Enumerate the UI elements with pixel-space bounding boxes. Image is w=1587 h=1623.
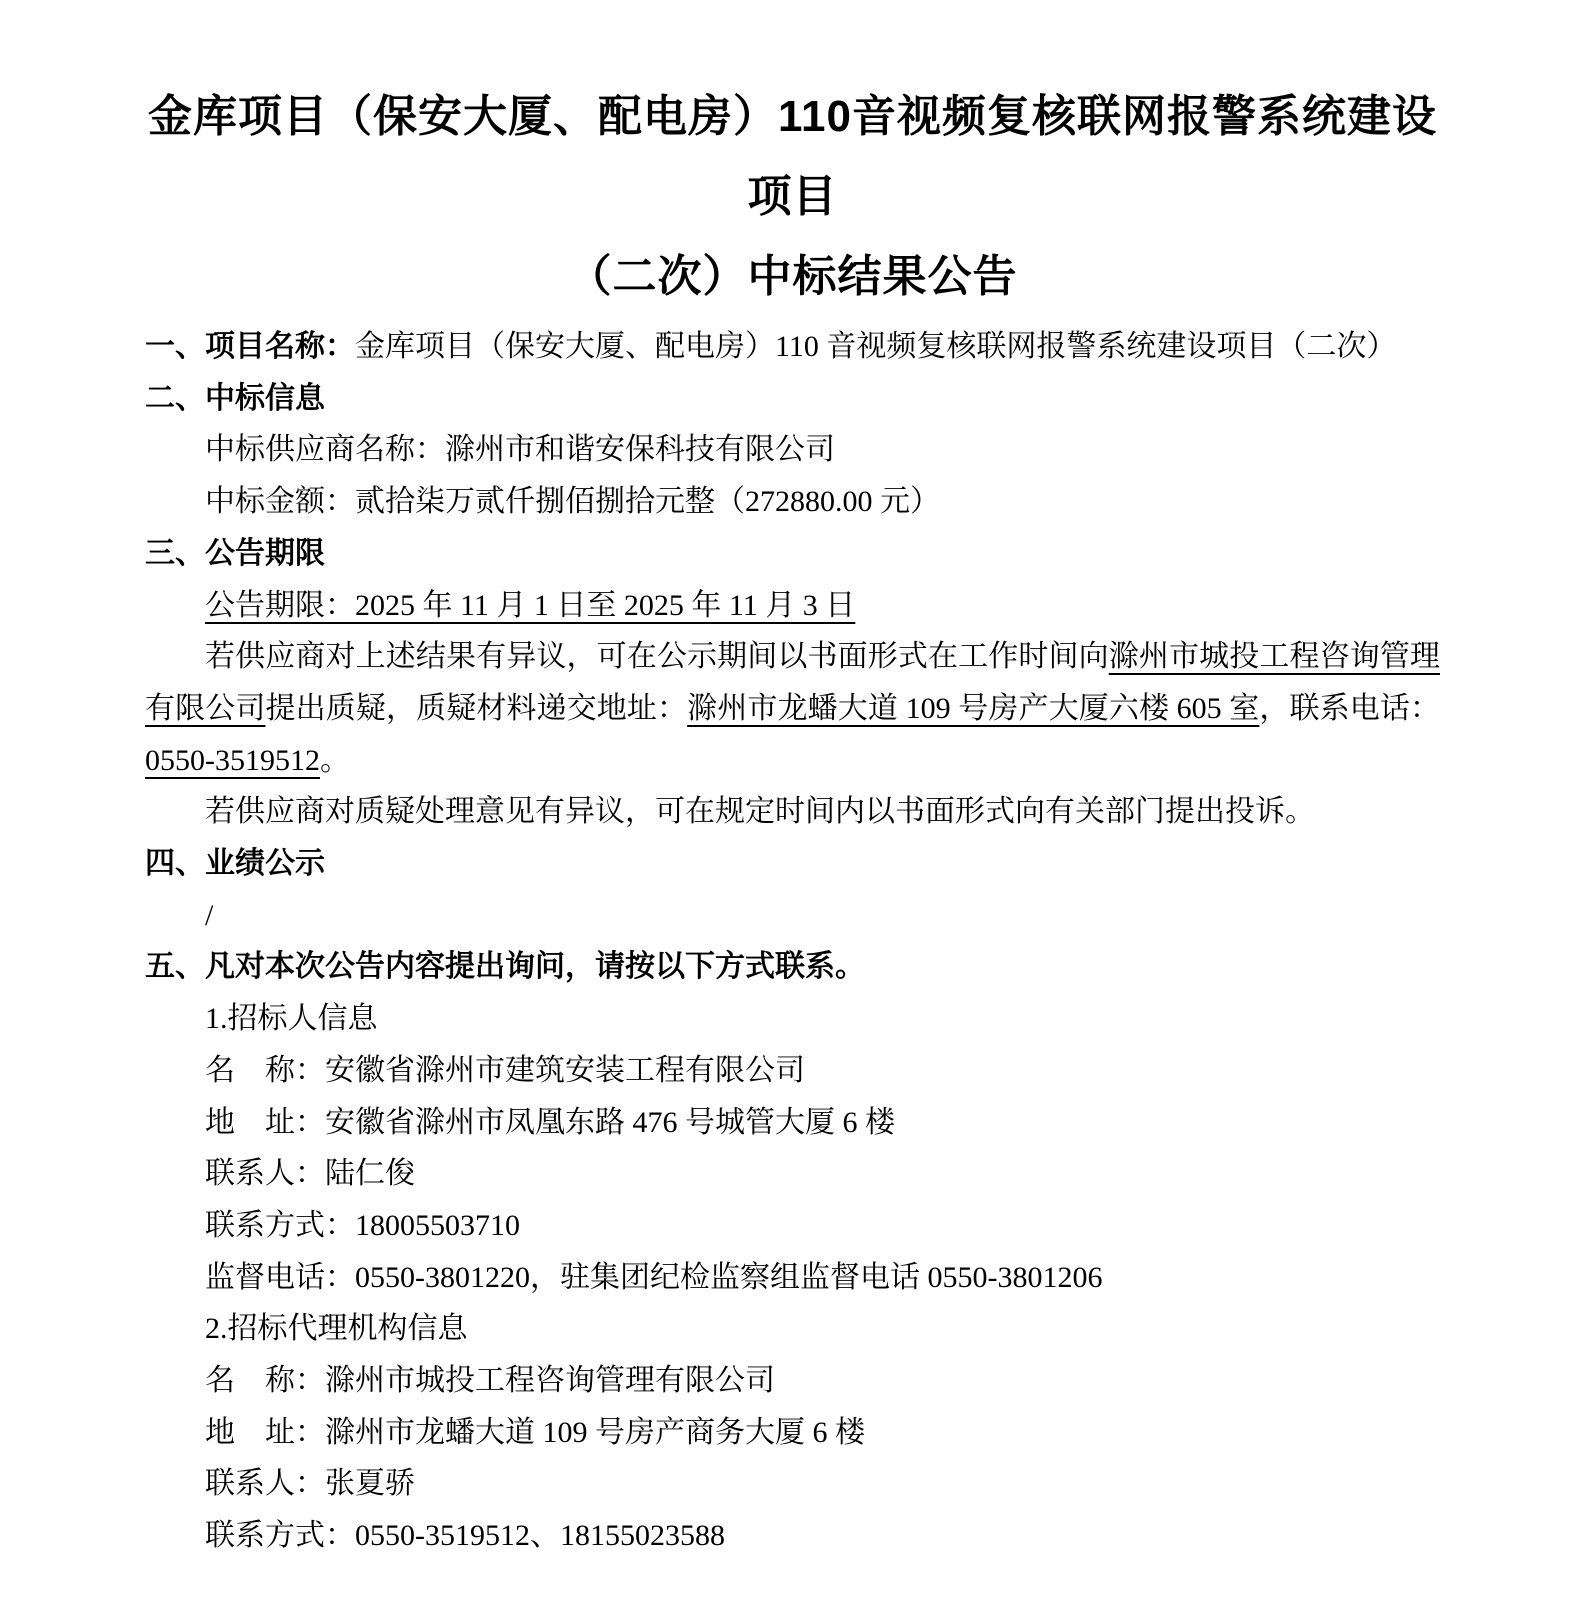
- section-2-heading-line: 二、中标信息: [145, 373, 1440, 425]
- section-4-heading-line: 四、业绩公示: [145, 838, 1440, 890]
- tenderer-address-line: 地 址：安徽省滁州市凤凰东路 476 号城管大厦 6 楼: [145, 1097, 1440, 1149]
- objection-part-1: 若供应商对上述结果有异议，可在公示期间以书面形式在工作时间向: [205, 640, 1109, 673]
- tenderer-contact-line: 联系人：陆仁俊: [145, 1148, 1440, 1200]
- section-1-content: 金库项目（保安大厦、配电房）110 音视频复核联网报警系统建设项目（二次）: [355, 330, 1396, 363]
- objection-address: 滁州市龙蟠大道 109 号房产大厦六楼 605 室: [687, 692, 1259, 725]
- agency-address-line: 地 址：滁州市龙蟠大道 109 号房产商务大厦 6 楼: [145, 1407, 1440, 1459]
- tenderer-phone-line: 联系方式：18005503710: [145, 1200, 1440, 1252]
- objection-paragraph: 若供应商对上述结果有异议，可在公示期间以书面形式在工作时间向滁州市城投工程咨询管…: [145, 631, 1440, 786]
- winning-amount-line: 中标金额：贰拾柒万贰仟捌佰捌拾元整（272880.00 元）: [145, 476, 1440, 528]
- document-body: 一、项目名称：金库项目（保安大厦、配电房）110 音视频复核联网报警系统建设项目…: [145, 321, 1440, 1562]
- section-3-heading-line: 三、公告期限: [145, 528, 1440, 580]
- agency-contact-line: 联系人：张夏骄: [145, 1458, 1440, 1510]
- objection-phone: 0550-3519512: [145, 744, 320, 777]
- objection-part-4: 。: [320, 744, 350, 777]
- complaint-line: 若供应商对质疑处理意见有异议，可在规定时间内以书面形式向有关部门提出投诉。: [145, 786, 1440, 838]
- title-line-2: （二次）中标结果公告: [145, 237, 1440, 317]
- section-5-heading-line: 五、凡对本次公告内容提出询问，请按以下方式联系。: [145, 941, 1440, 993]
- section-1-project-name: 一、项目名称：金库项目（保安大厦、配电房）110 音视频复核联网报警系统建设项目…: [145, 321, 1440, 373]
- announcement-period-line: 公告期限：2025 年 11 月 1 日至 2025 年 11 月 3 日: [145, 580, 1440, 632]
- document-title: 金库项目（保安大厦、配电房）110音视频复核联网报警系统建设项目 （二次）中标结…: [145, 77, 1440, 317]
- section-3-heading: 三、公告期限: [145, 537, 325, 570]
- section-5-heading: 五、凡对本次公告内容提出询问，请按以下方式联系。: [145, 950, 865, 983]
- section-1-heading: 一、项目名称：: [145, 330, 355, 363]
- document-page: 金库项目（保安大厦、配电房）110音视频复核联网报警系统建设项目 （二次）中标结…: [0, 0, 1587, 1623]
- section-4-heading: 四、业绩公示: [145, 847, 325, 880]
- announcement-period-text: 公告期限：2025 年 11 月 1 日至 2025 年 11 月 3 日: [205, 589, 855, 622]
- agency-name-line: 名 称：滁州市城投工程咨询管理有限公司: [145, 1355, 1440, 1407]
- section-2-heading: 二、中标信息: [145, 382, 325, 415]
- objection-part-3: ，联系电话：: [1259, 692, 1440, 725]
- agency-phone-line: 联系方式：0550-3519512、18155023588: [145, 1510, 1440, 1562]
- title-line-1: 金库项目（保安大厦、配电房）110音视频复核联网报警系统建设项目: [145, 77, 1440, 237]
- objection-part-2: 提出质疑，质疑材料递交地址：: [265, 692, 687, 725]
- section-4-content-line: /: [145, 890, 1440, 942]
- tenderer-name-line: 名 称：安徽省滁州市建筑安装工程有限公司: [145, 1045, 1440, 1097]
- tenderer-supervision-line: 监督电话：0550-3801220，驻集团纪检监察组监督电话 0550-3801…: [145, 1252, 1440, 1304]
- winning-supplier-line: 中标供应商名称：滁州市和谐安保科技有限公司: [145, 424, 1440, 476]
- agency-info-title: 2.招标代理机构信息: [145, 1303, 1440, 1355]
- tenderer-info-title: 1.招标人信息: [145, 993, 1440, 1045]
